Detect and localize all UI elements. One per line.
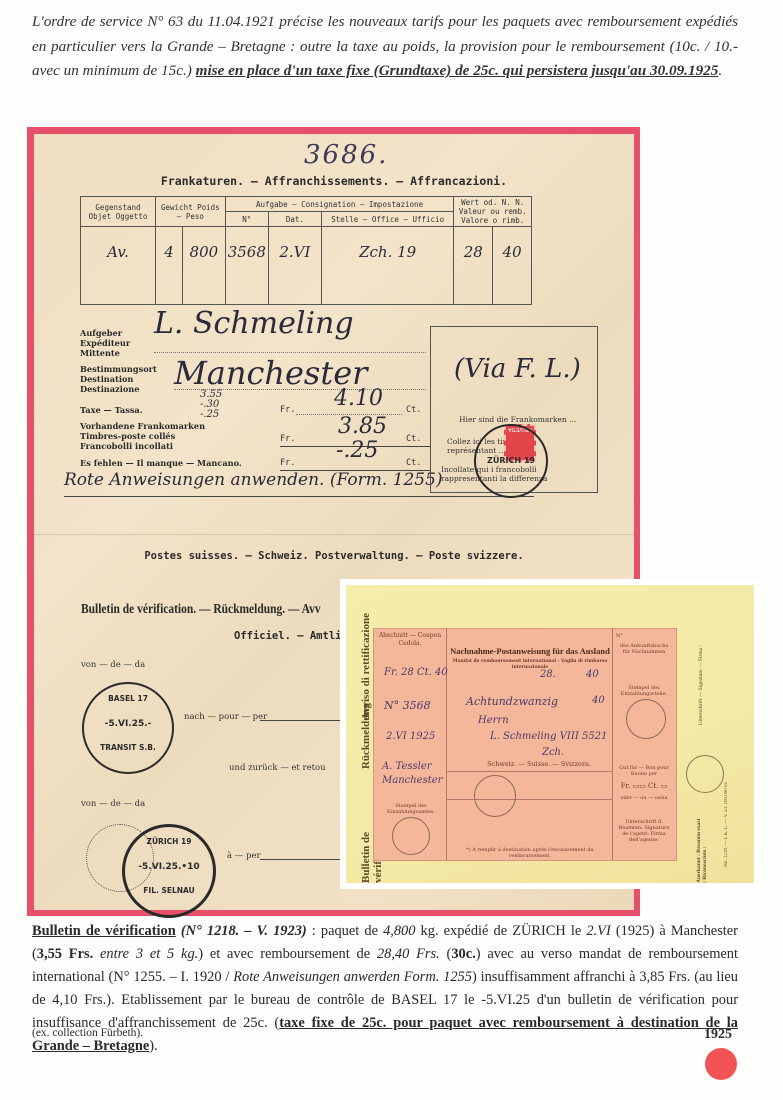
postmark-zurich-selnau: ZÜRICH 19 -5.VI.25.•10 FIL. SELNAU: [122, 824, 216, 918]
right-fr-ct: Fr. ▭▭ Ct. ▭: [616, 783, 672, 789]
missing-unit: Ct.: [406, 458, 421, 468]
return-label: und zurück — et retou: [229, 763, 326, 773]
intro-paragraph: L'ordre de service N° 63 du 11.04.1921 p…: [32, 10, 738, 84]
caption-date: 2.VI: [586, 923, 610, 939]
attachment-label: Anerkannt : Reconnu exact : Riconosciuto…: [696, 817, 708, 883]
col-consignment: Aufgabe — Consignation — Impostazione: [225, 197, 454, 212]
pink-divider-1: [446, 629, 447, 860]
right-stamp-circle: [626, 699, 666, 739]
caption-cod: 28,40 Frs.: [377, 946, 440, 962]
form-header: Frankaturen. — Affranchissements. — Affr…: [34, 174, 634, 188]
inset-cod-form: Bulletin de vérification Rückmeldung Avv…: [340, 579, 760, 889]
cod-stamp-circle: [474, 775, 516, 817]
coupon-no-label: N°: [384, 699, 399, 712]
missing-currency: Fr.: [280, 458, 295, 468]
form-number: No. 1218. — I. K. L. — V. 23. 100.000 ex…: [724, 781, 729, 867]
recipient-line-2: L. Schmeling VIII 5521: [490, 731, 607, 742]
handwritten-note: Rote Anweisungen anwenden. (Form. 1255): [64, 470, 443, 490]
col-date: Dat.: [268, 212, 321, 227]
postmark-basel-date: -5.VI.25.-: [84, 719, 172, 729]
collection-credit: (ex. collection Fürbeth).: [32, 1027, 143, 1039]
tax-calc-3: -.25: [200, 410, 222, 420]
intro-end: .: [718, 62, 722, 79]
postmark-selnau-top: ZÜRICH 19: [125, 837, 213, 846]
col-no: N°: [225, 212, 268, 227]
postmark-selnau-bottom: FIL. SELNAU: [125, 886, 213, 895]
destination-label-de: Bestimmungsort: [80, 364, 157, 374]
stamp-box-line-1: Hier sind die Frankomarken ...: [459, 415, 576, 424]
destination-label-it: Destinazione: [80, 384, 157, 394]
col-value: Wert od. N. N. Valeur ou remb. Valore o …: [454, 197, 532, 227]
destination-label-fr: Destination: [80, 374, 157, 384]
intro-emphasis: mise en place d'un taxe fixe (Grundtaxe)…: [196, 62, 719, 79]
coupon-sender: A. Tessler: [382, 761, 432, 772]
col-weight: Gewicht Poids — Peso: [156, 197, 226, 227]
sender-line: [154, 352, 426, 353]
to-label-2: à — per: [227, 851, 261, 861]
franking-table: Gegenstand Objet Oggetto Gewicht Poids —…: [80, 196, 532, 305]
cell-office: Zch. 19: [321, 227, 454, 305]
destination-label: Bestimmungsort Destination Destinazione: [80, 364, 157, 394]
coupon-amount: Fr. 28 Ct. 40: [384, 667, 448, 678]
caption-t1: : paquet de: [307, 923, 383, 939]
coupon-stamp-circle: [392, 817, 430, 855]
postmark-zurich-text: ZÜRICH 19: [487, 456, 535, 465]
caption-t4: ) et avec remboursement de: [198, 946, 377, 962]
postmark-selnau-date: -5.VI.25.•10: [125, 862, 213, 872]
recipient-line-3: Zch.: [542, 747, 564, 758]
serial-number: 3686.: [304, 140, 388, 170]
stamps-unit: Ct.: [406, 434, 421, 444]
postmark-zurich: ZÜRICH 19: [474, 424, 548, 498]
caption-title: Bulletin de vérification: [32, 923, 176, 939]
fold-line: [34, 534, 634, 535]
caption-t2: kg. expédié de ZÜRICH le: [415, 923, 586, 939]
side-label-avviso: Avviso di rettificazione: [360, 613, 372, 720]
postmark-basel-bottom: TRANSIT S.B.: [84, 743, 172, 752]
right-no: N°: [616, 633, 672, 639]
caption-weight: 4,800: [383, 923, 415, 939]
from-label-2: von — de — da: [81, 799, 145, 809]
official-label: Officiel. — Amtlic: [234, 630, 348, 642]
stamps-label-de: Vorhandene Frankomarken: [80, 421, 205, 431]
sender-label-it: Mittente: [80, 348, 130, 358]
coupon-subtitle: Cedola.: [376, 641, 444, 647]
caption-t8: ).: [149, 1038, 157, 1054]
right-registry: des Ankunftsbuchs für Nachnahmen: [616, 643, 672, 655]
sender-label-de: Aufgeber: [80, 328, 130, 338]
col-object: Gegenstand Objet Oggetto: [81, 197, 156, 227]
cell-fr: 28: [454, 227, 493, 305]
cell-date: 2.VI: [268, 227, 321, 305]
sender-label-fr: Expéditeur: [80, 338, 130, 348]
cell-ct: 40: [493, 227, 532, 305]
stamps-currency: Fr.: [280, 434, 295, 444]
caption-note: Rote Anweisungen anwerden Form. 1255: [233, 969, 472, 985]
right-or: oder — ou — ossia: [616, 795, 672, 801]
stamps-label-fr: Timbres-poste collés: [80, 431, 205, 441]
bulletin-title: Bulletin de vérification. — Rückmeldung.…: [81, 602, 321, 618]
caption-tariff: 3,55 Frs.: [37, 946, 93, 962]
pink-hline-1: [446, 771, 612, 772]
coupon-date: 2.VI 1925: [386, 731, 435, 742]
tax-value: 4.10: [334, 386, 383, 411]
year-label: 1925: [704, 1027, 732, 1043]
missing-value: -.25: [336, 438, 378, 463]
missing-label: Es fehlen — Il manque — Mancano.: [80, 458, 242, 468]
pink-divider-2: [612, 629, 613, 860]
postmark-basel: BASEL 17 -5.VI.25.- TRANSIT S.B.: [82, 682, 174, 774]
caption-cod-fee: 30c.: [451, 946, 475, 962]
cell-kg: 4: [156, 227, 183, 305]
from-label-1: von — de — da: [81, 660, 145, 670]
postmark-basel-top: BASEL 17: [84, 694, 172, 703]
sender-value: L. Schmeling: [154, 306, 354, 341]
coupon-no-value: 3568: [403, 699, 431, 712]
to-label-1: nach — pour — per: [184, 712, 267, 722]
right-ct: Ct.: [648, 782, 658, 790]
tax-calculation: 3.55 -.30 -.25: [200, 390, 222, 420]
coupon-stamp-label: Stempel des Einzahlungsamtes.: [386, 803, 436, 815]
margin-signature: Unterschrift — Signature — Firma :: [698, 645, 704, 725]
coupon-title: Abschnitt — Coupon: [376, 633, 444, 639]
sender-label: Aufgeber Expéditeur Mittente: [80, 328, 130, 358]
cod-title: Nachnahme-Postanweisung für das Ausland: [450, 647, 610, 656]
stamps-value: 3.85: [338, 414, 387, 439]
recipient-line-1: Herrn: [478, 715, 509, 726]
caption-form-ref: (N° 1218. – V. 1923): [181, 923, 307, 939]
right-good-for: Gut für — Bon pour Buono per: [616, 765, 672, 777]
red-dot-marker: [705, 1048, 737, 1080]
coupon-city: Manchester: [382, 775, 442, 786]
caption-t5: (: [440, 946, 452, 962]
pink-hline-2: [446, 799, 612, 800]
section-header: Postes suisses. — Schweiz. Postverwaltun…: [34, 550, 634, 562]
tax-unit: Ct.: [406, 405, 421, 415]
tax-label: Taxe — Tassa.: [80, 405, 143, 415]
margin-stamp-circle: [686, 755, 724, 793]
right-fr: Fr.: [621, 782, 631, 790]
country-label: Schweiz. — Suisse. — Svizzera.: [474, 761, 604, 767]
cod-amount-words-ct: 40: [592, 695, 605, 706]
right-signature: Unterschrift d. Beamten: Signature de l'…: [616, 819, 672, 843]
caption-tariff-note: entre 3 et 5 kg.: [93, 946, 198, 962]
stamps-label-it: Francobolli incollati: [80, 441, 205, 451]
cell-object: Av.: [81, 227, 156, 305]
right-stamp-label: Stempel des Einzahlungsstelle.: [616, 685, 672, 697]
cell-no: 3568: [225, 227, 268, 305]
cod-amount-words: Achtundzwanzig: [466, 695, 558, 708]
cod-amount-fr: 28.: [540, 669, 556, 680]
col-office: Stelle — Office — Ufficio: [321, 212, 454, 227]
tax-currency: Fr.: [280, 405, 295, 415]
coupon-no: N° 3568: [384, 699, 431, 712]
cod-amount-ct: 40: [586, 669, 599, 680]
coupon-fr: 28: [401, 667, 414, 678]
inset-yellow-card: Bulletin de vérification Rückmeldung Avv…: [346, 585, 754, 883]
coupon-ct: 40: [435, 667, 448, 678]
coupon-ct-label: Ct.: [417, 667, 432, 678]
stamps-affixed-label: Vorhandene Frankomarken Timbres-poste co…: [80, 421, 205, 451]
table-row: Av. 4 800 3568 2.VI Zch. 19 28 40: [81, 227, 532, 305]
cod-footnote: *) A remplir à destination après l'encai…: [450, 847, 610, 859]
coupon-fr-label: Fr.: [384, 667, 398, 678]
cell-g: 800: [183, 227, 226, 305]
inset-pink-form: Abschnitt — Coupon Cedola. Fr. 28 Ct. 40…: [373, 628, 677, 861]
note-line: [64, 496, 534, 497]
